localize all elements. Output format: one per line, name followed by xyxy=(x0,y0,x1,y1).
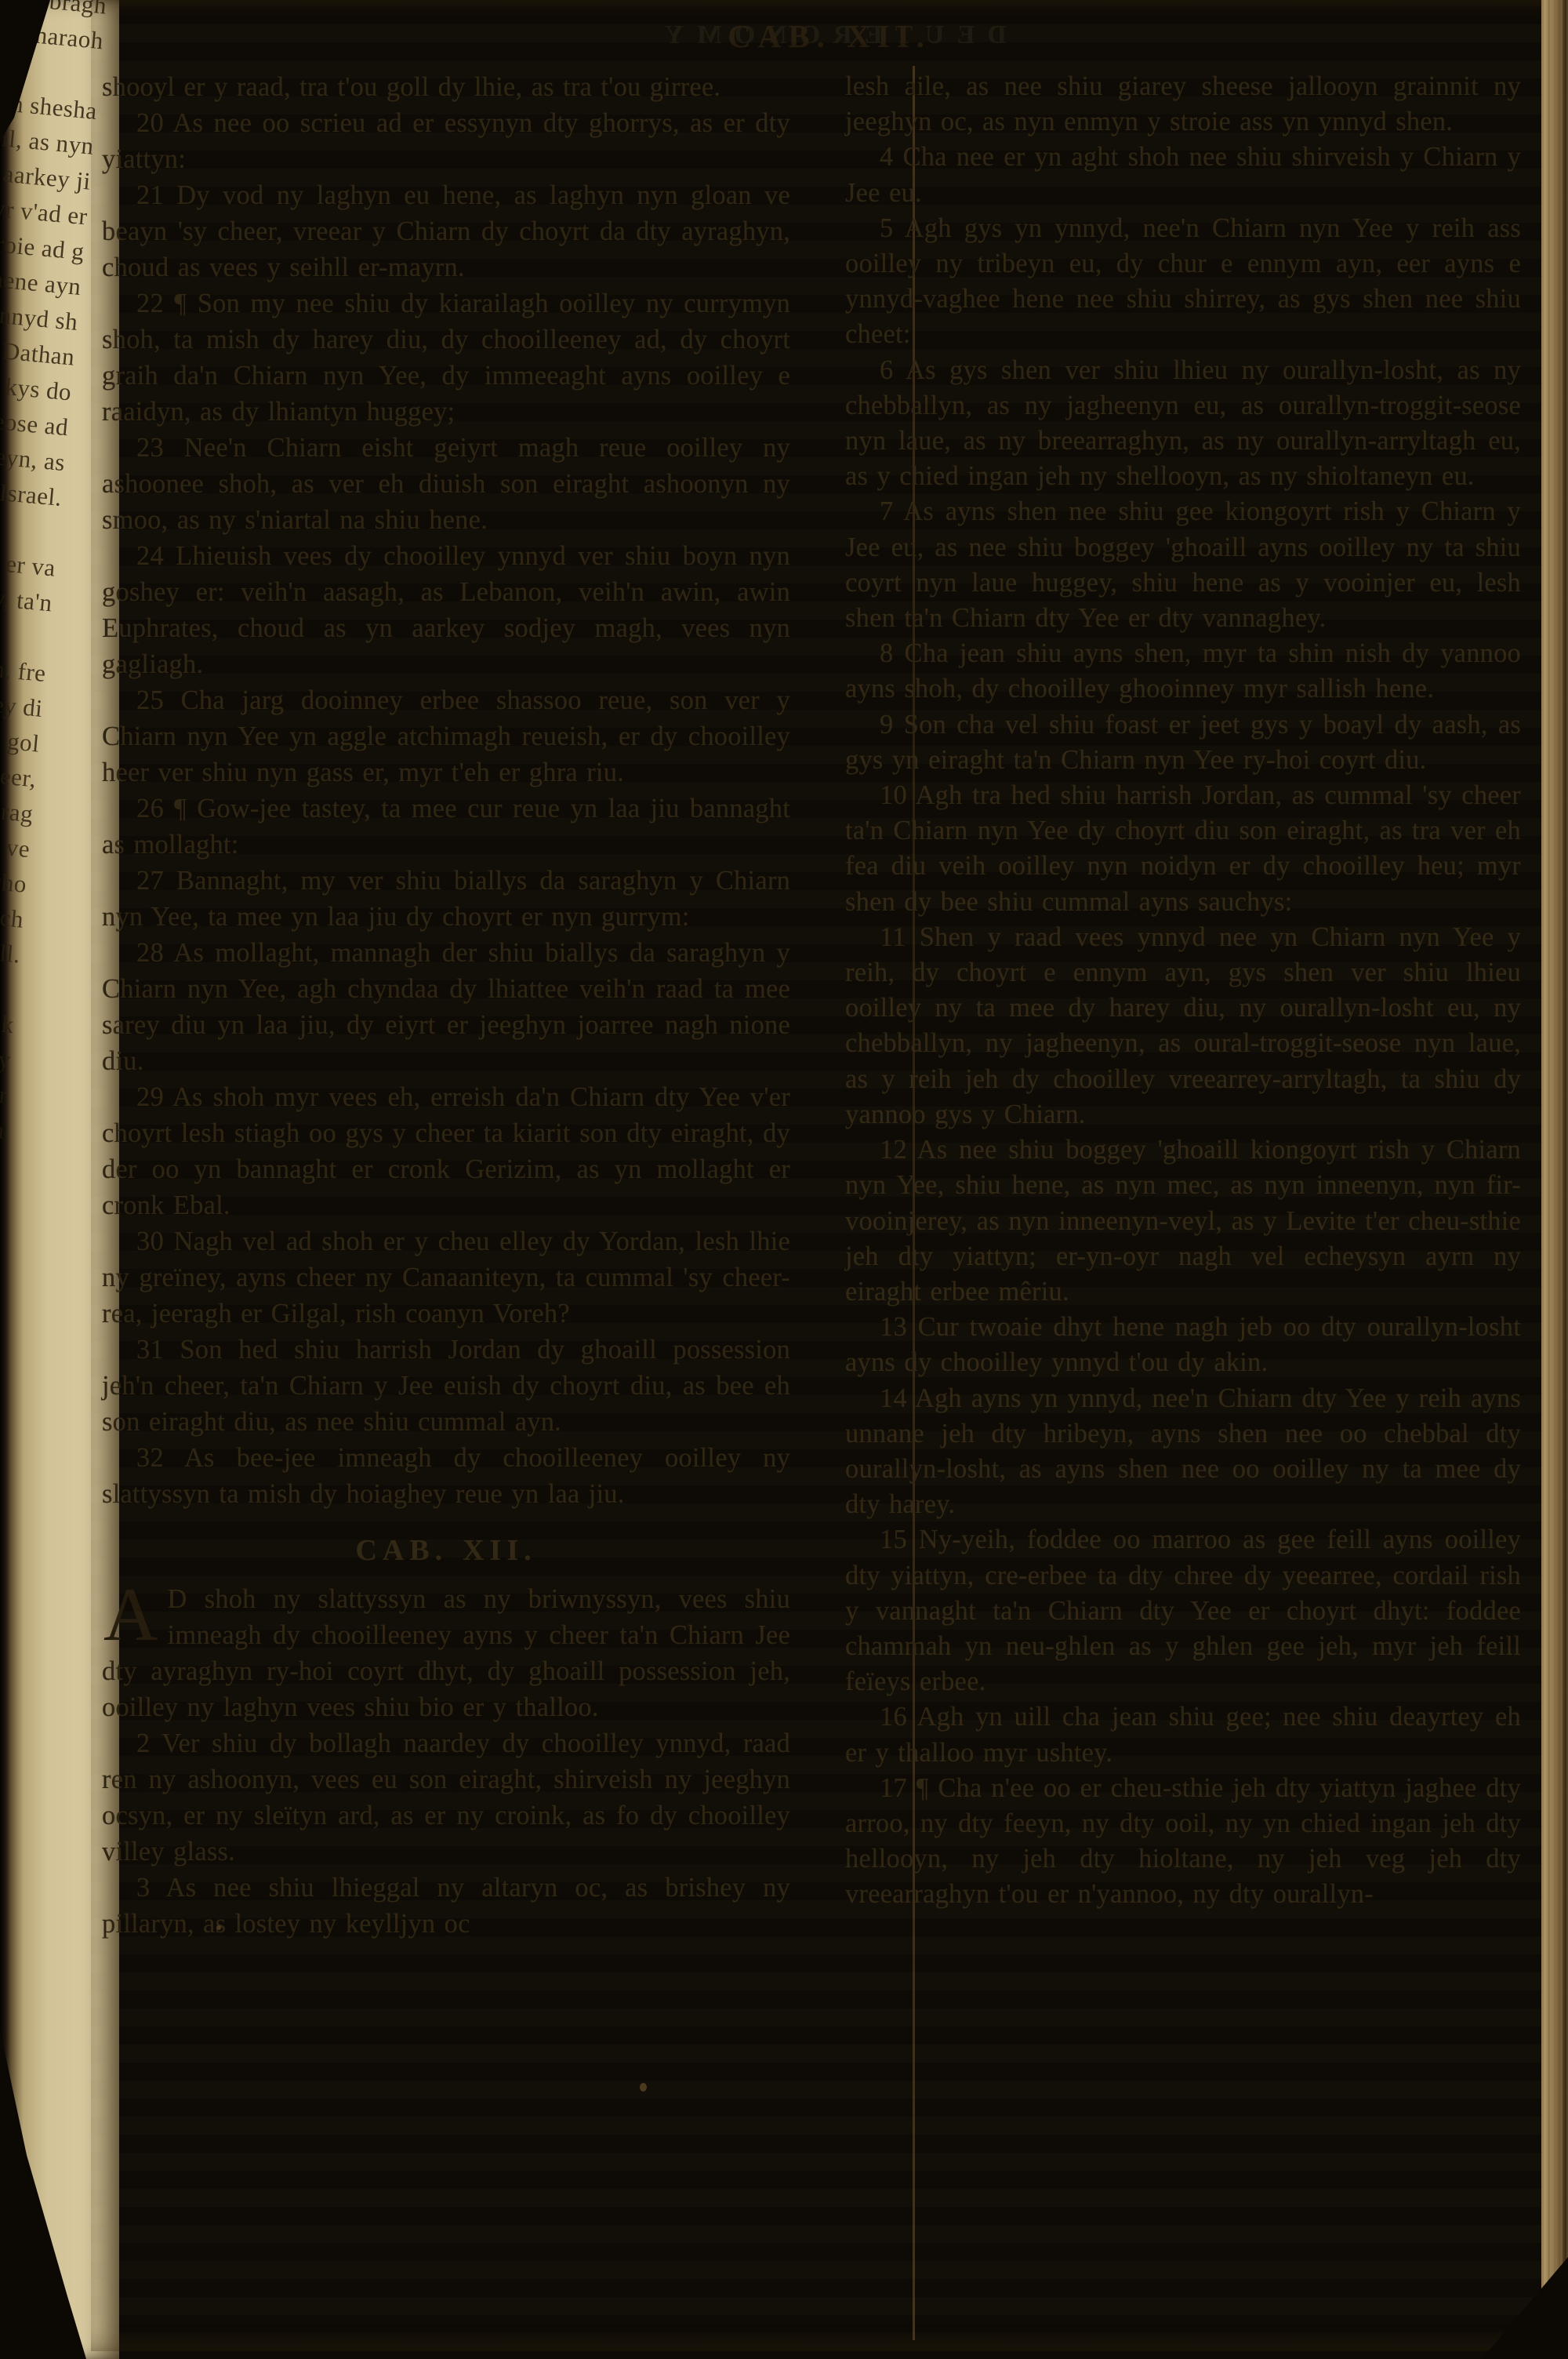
margin-fragment: u hene ayn xyxy=(0,254,82,304)
right-text-column: lesh aile, as nee shiu giarey sheese jal… xyxy=(845,69,1521,1913)
verse-paragraph: 17 ¶ Cha n'ee oo er cheu-sthie jeh dty y… xyxy=(845,1771,1521,1913)
margin-fragment: yr v'ad er xyxy=(0,184,89,234)
margin-fragment: en; kys do xyxy=(0,360,73,410)
margin-fragment: iarn dy cho xyxy=(0,852,28,902)
verse-paragraph: 14 Agh ayns yn ynnyd, nee'n Chiarn dty Y… xyxy=(845,1381,1521,1523)
verse-paragraph: 9 Son cha vel shiu foast er jeet gys y b… xyxy=(845,707,1521,778)
verse-paragraph: 29 As shoh myr vees eh, erreish da'n Chi… xyxy=(102,1079,790,1223)
verse-paragraph: 25 Cha jarg dooinney erbee shassoo reue,… xyxy=(102,682,790,791)
margin-fragment: mill. xyxy=(0,922,22,972)
margin-fragment: sluight, ch xyxy=(0,887,25,937)
margin-fragment: arey, ta'n xyxy=(0,571,54,621)
verse-paragraph: 15 Ny-yeih, foddee oo marroo as gee feil… xyxy=(845,1522,1521,1699)
verse-paragraph: 24 Lhieuish vees dy chooilley ynnyd ver … xyxy=(102,538,790,682)
verse-paragraph: 3 As nee shiu lhieggal ny altaryn oc, as… xyxy=(102,1870,790,1942)
verse-paragraph: 28 As mollaght, mannagh der shiu biallys… xyxy=(102,935,790,1079)
verse-paragraph: 4 Cha nee er yn aght shoh nee shiu shirv… xyxy=(845,140,1521,210)
margin-fragment: n aarkey ji xyxy=(0,149,93,199)
verse-paragraph: lesh aile, as nee shiu giarey sheese jal… xyxy=(845,69,1521,140)
verse-paragraph: 11 Shen y raad vees ynnyd nee yn Chiarn … xyxy=(845,920,1521,1132)
verse-paragraph: 5 Agh gys yn ynnyd, nee'n Chiarn nyn Yee… xyxy=(845,211,1521,353)
verse-paragraph: 22 ¶ Son my nee shiu dy kiarailagh ooill… xyxy=(102,285,790,430)
margin-fragment: baneyn, as xyxy=(0,430,67,480)
verse-paragraph: 13 Cur twoaie dhyt hene nagh jeb oo dty … xyxy=(845,1310,1521,1380)
drop-cap-initial: A xyxy=(102,1581,168,1644)
margin-fragment: ghyn eu ve xyxy=(0,816,31,867)
margin-fragment: fa shen, fre xyxy=(0,641,48,691)
ink-speck xyxy=(216,1925,221,1930)
verse-paragraph: 2 Ver shiu dy bollagh naardey dy chooill… xyxy=(102,1725,790,1870)
book-page: DEUTERONOMY CAB. XII. shooyl er y raad, … xyxy=(91,0,1568,2351)
chapter-running-head: CAB. XII. xyxy=(91,17,1568,55)
verse-paragraph: 23 Nee'n Chiarn eisht geiyrt magh reue o… xyxy=(102,430,790,538)
margin-fragment-gap xyxy=(0,605,51,656)
left-text-column: shooyl er y raad, tra t'ou goll dy lhie,… xyxy=(102,69,790,1942)
margin-fragment: dy harey di xyxy=(0,676,44,726)
chapter-heading: CAB. XII. xyxy=(102,1532,790,1568)
margin-fragment: an Israel. xyxy=(0,465,64,515)
verse-paragraph: 32 As bee-jee imneagh dy chooilleeney oo… xyxy=(102,1440,790,1512)
verse-paragraph: 6 As gys shen ver shiu lhieu ny ourallyn… xyxy=(845,353,1521,495)
margin-fragment: sh Dathan xyxy=(0,325,76,375)
book-page-photo: y obbraghh Pharaohrish sheshail, as nynn… xyxy=(0,0,1568,2359)
verse-paragraph: 8 Cha jean shiu ayns shen, myr ta shin n… xyxy=(845,636,1521,707)
margin-fragment: yn: xyxy=(0,1133,2,1183)
margin-fragment: htey er lesh xyxy=(0,1098,6,1148)
ink-speck xyxy=(640,2083,647,2092)
margin-fragment: nal, as gol xyxy=(0,711,41,761)
margin-fragment: stroie ad g xyxy=(0,219,86,269)
margin-fragment: raad chuirr xyxy=(0,1063,9,1113)
margin-fragment: eh'n cheer, xyxy=(0,747,38,797)
verse-paragraph: 27 Bannaght, my ver shiu biallys da sara… xyxy=(102,863,790,935)
margin-fragment-gap xyxy=(0,500,60,551)
verse-paragraph: 21 Dy vod ny laghyn eu hene, as laghyn n… xyxy=(102,177,790,285)
verse-paragraph: shooyl er y raad, tra t'ou goll dy lhie,… xyxy=(102,69,790,105)
margin-fragment: y cheer, ta k xyxy=(0,992,16,1042)
verse-paragraph: 7 As ayns shen nee shiu gee kiongoyrt ri… xyxy=(845,494,1521,636)
verse-paragraph: 16 Agh yn uill cha jean shiu gee; nee sh… xyxy=(845,1699,1521,1770)
margin-fragment: yn eu er va xyxy=(0,536,57,586)
margin-fragment: ddyn eirag xyxy=(0,781,34,831)
verse-paragraph: 12 As nee shiu boggey 'ghoaill kiongoyrt… xyxy=(845,1132,1521,1310)
verse-paragraph: 10 Agh tra hed shiu harrish Jordan, as c… xyxy=(845,778,1521,920)
margin-fragment-gap xyxy=(0,958,19,1008)
verse-paragraph: 20 As nee oo scrieu ad er essynyn dty gh… xyxy=(102,105,790,177)
margin-fragment: yn ynnyd sh xyxy=(0,289,79,340)
verse-paragraph: 26 ¶ Gow-jee tastey, ta mee cur reue yn … xyxy=(102,791,790,863)
margin-fragment: y seose ad xyxy=(0,394,70,445)
verse-paragraph: AD shoh ny slattyssyn as ny briwnyssyn, … xyxy=(102,1581,790,1725)
verse-paragraph: 31 Son hed shiu harrish Jordan dy ghoail… xyxy=(102,1332,790,1440)
margin-fragment: il, as nyn xyxy=(0,114,96,164)
page-stack-fore-edge xyxy=(1541,0,1568,2359)
margin-fragment: thalloo Egy xyxy=(0,1027,13,1078)
verse-paragraph: 30 Nagh vel ad shoh er y cheu elley dy Y… xyxy=(102,1223,790,1332)
